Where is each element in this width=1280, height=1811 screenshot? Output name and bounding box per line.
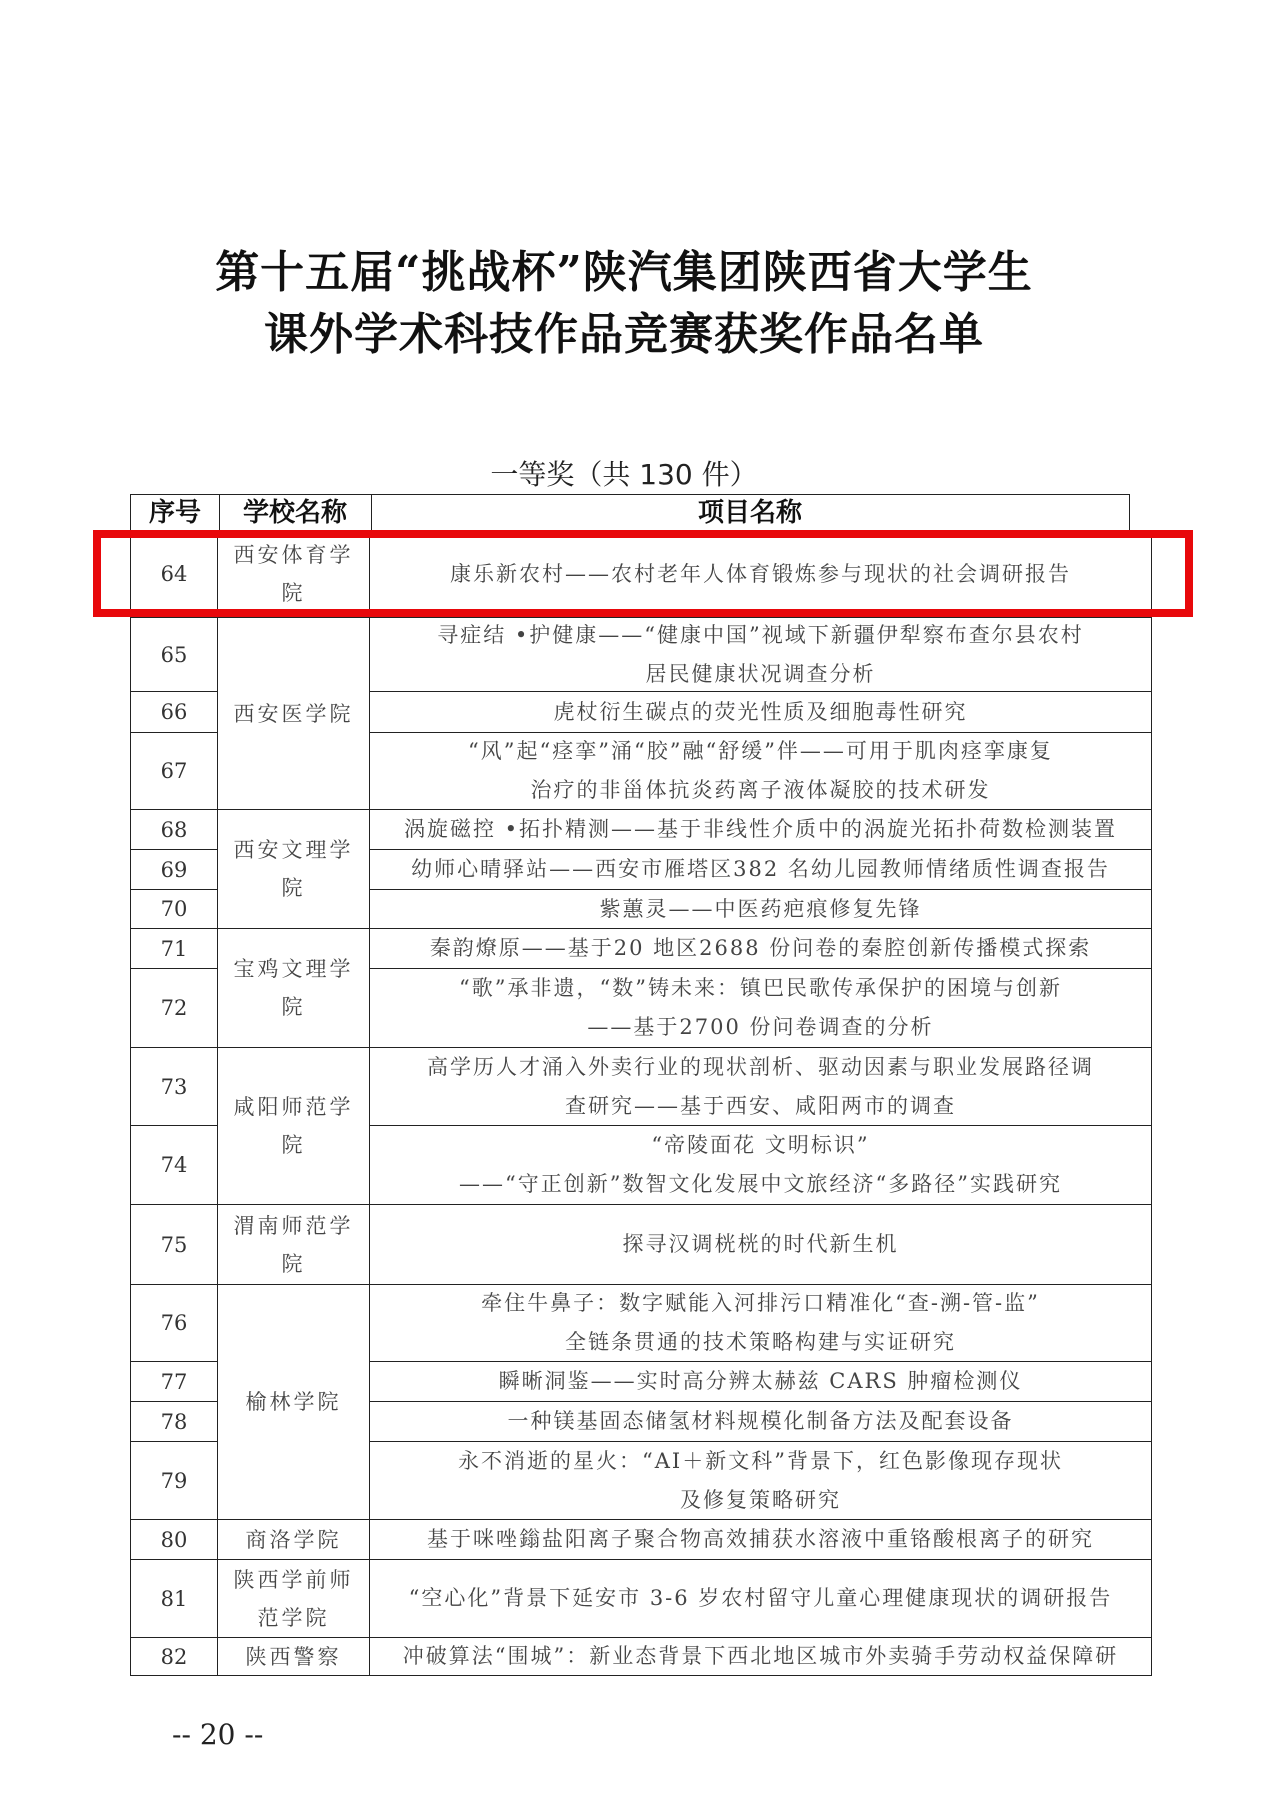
row-number: 74 — [130, 1125, 218, 1204]
document-title-line1: 第十五届“挑战杯”陕汽集团陕西省大学生 — [0, 236, 1264, 300]
row-number: 68 — [130, 809, 218, 849]
project-name: 一种镁基固态储氢材料规模化制备方法及配套设备 — [370, 1401, 1152, 1441]
row-number: 70 — [130, 889, 218, 928]
school-name: 榆林学院 — [218, 1284, 370, 1519]
row-number: 66 — [130, 691, 218, 732]
project-name: “风”起“痉挛”涌“胶”融“舒缓”伴——可用于肌肉痉挛康复 治疗的非甾体抗炎药离… — [370, 732, 1152, 809]
row-number: 76 — [130, 1284, 218, 1361]
project-name: 虎杖衍生碳点的荧光性质及细胞毒性研究 — [370, 691, 1152, 732]
school-name: 西安体育学院 — [218, 530, 370, 617]
row-number: 77 — [130, 1361, 218, 1401]
row-number: 80 — [130, 1519, 218, 1559]
row-number: 72 — [130, 968, 218, 1047]
project-name: 秦韵燎原——基于20 地区2688 份问卷的秦腔创新传播模式探索 — [370, 928, 1152, 968]
school-name: 西安文理学院 — [218, 809, 370, 928]
section-title: 一等奖（共 130 件） — [0, 453, 1264, 493]
project-name: 高学历人才涌入外卖行业的现状剖析、驱动因素与职业发展路径调 查研究——基于西安、… — [370, 1047, 1152, 1125]
project-name: 寻症结 •护健康——“健康中国”视域下新疆伊犁察布查尔县农村 居民健康状况调查分… — [370, 617, 1152, 691]
school-name: 西安医学院 — [218, 617, 370, 809]
row-number: 64 — [130, 530, 218, 617]
project-name: 冲破算法“围城”：新业态背景下西北地区城市外卖骑手劳动权益保障研 — [370, 1637, 1152, 1675]
document-title-line2: 课外学术科技作品竞赛获奖作品名单 — [0, 298, 1264, 362]
school-name: 陕西学前师范学院 — [218, 1559, 370, 1637]
header-number: 序号 — [131, 495, 220, 531]
row-number: 71 — [130, 928, 218, 968]
row-number: 69 — [130, 849, 218, 889]
project-name: 康乐新农村——农村老年人体育锻炼参与现状的社会调研报告 — [370, 530, 1152, 617]
school-name: 陕西警察 — [218, 1637, 370, 1675]
row-number: 73 — [130, 1047, 218, 1125]
project-name: “帝陵面花 文明标识” ——“守正创新”数智文化发展中文旅经济“多路径”实践研究 — [370, 1125, 1152, 1204]
project-name: 瞬晰洞鉴——实时高分辨太赫兹 CARS 肿瘤检测仪 — [370, 1361, 1152, 1401]
project-name: 牵住牛鼻子：数字赋能入河排污口精准化“查-溯-管-监” 全链条贯通的技术策略构建… — [370, 1284, 1152, 1361]
page-number: -- 20 -- — [172, 1718, 263, 1751]
row-number: 67 — [130, 732, 218, 809]
project-name: 探寻汉调桄桄的时代新生机 — [370, 1204, 1152, 1284]
project-name: 基于咪唑鎓盐阳离子聚合物高效捕获水溶液中重铬酸根离子的研究 — [370, 1519, 1152, 1559]
row-number: 78 — [130, 1401, 218, 1441]
row-number: 65 — [130, 617, 218, 691]
row-number: 75 — [130, 1204, 218, 1284]
header-school: 学校名称 — [219, 495, 372, 531]
project-name: “歌”承非遗，“数”铸未来：镇巴民歌传承保护的困境与创新 ——基于2700 份问… — [370, 968, 1152, 1047]
project-name: 涡旋磁控 •拓扑精测——基于非线性介质中的涡旋光拓扑荷数检测装置 — [370, 809, 1152, 849]
table-header: 序号 学校名称 项目名称 — [130, 494, 1130, 530]
project-name: 幼师心晴驿站——西安市雁塔区382 名幼儿园教师情绪质性调查报告 — [370, 849, 1152, 889]
school-name: 宝鸡文理学院 — [218, 928, 370, 1047]
school-name: 商洛学院 — [218, 1519, 370, 1559]
school-name: 咸阳师范学院 — [218, 1047, 370, 1204]
school-name: 渭南师范学院 — [218, 1204, 370, 1284]
row-number: 79 — [130, 1441, 218, 1519]
header-project: 项目名称 — [371, 495, 1129, 531]
row-number: 82 — [130, 1637, 218, 1675]
table-bottom-border — [130, 1675, 1152, 1676]
project-name: 永不消逝的星火：“AI＋新文科”背景下，红色影像现存现状 及修复策略研究 — [370, 1441, 1152, 1519]
project-name: “空心化”背景下延安市 3-6 岁农村留守儿童心理健康现状的调研报告 — [370, 1559, 1152, 1637]
project-name: 紫蕙灵——中医药疤痕修复先锋 — [370, 889, 1152, 928]
row-number: 81 — [130, 1559, 218, 1637]
